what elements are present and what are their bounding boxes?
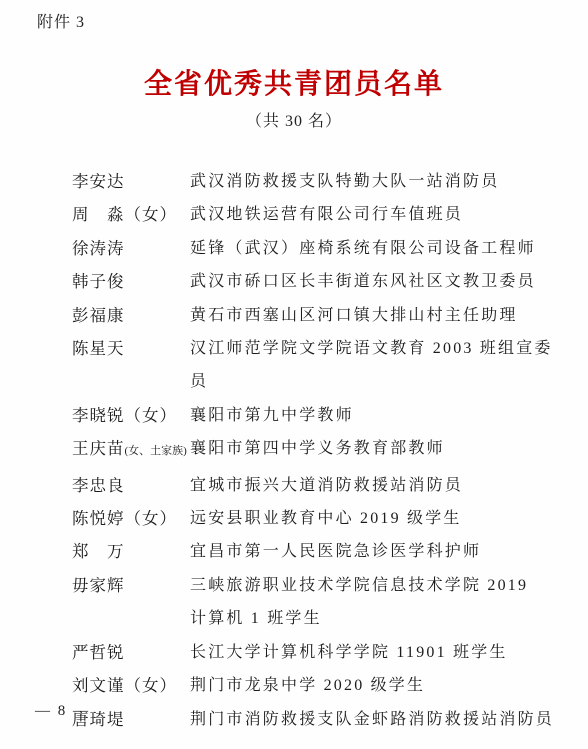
member-name-text: 韩子俊 (72, 265, 125, 298)
member-description: 襄阳市第四中学义务教育部教师 (190, 432, 445, 465)
list-item: 唐琦堤 荆门市消防救援支队金虾路消防救援站消防员 (72, 703, 562, 736)
member-description: 黄石市西塞山区河口镇大排山村主任助理 (190, 299, 518, 332)
member-description: 武汉地铁运营有限公司行车值班员 (190, 198, 463, 231)
member-description: 武汉消防救援支队特勤大队一站消防员 (190, 165, 499, 198)
member-list: 李安达 武汉消防救援支队特勤大队一站消防员 周 淼（女） 武汉地铁运营有限公司行… (72, 165, 562, 736)
member-name-text: 徐涛涛 (72, 232, 125, 265)
member-description: 宜昌市第一人民医院急诊医学科护师 (190, 535, 481, 568)
attachment-label: 附件 3 (37, 9, 85, 32)
member-name-text: 彭福康 (72, 299, 125, 332)
list-item: 彭福康 黄石市西塞山区河口镇大排山村主任助理 (72, 299, 562, 332)
member-name: 陈星天 (72, 332, 190, 365)
member-name-text: 严哲锐 (72, 636, 125, 669)
list-item: 韩子俊 武汉市硚口区长丰街道东风社区文教卫委员 (72, 265, 562, 298)
member-name: 严哲锐 (72, 636, 190, 669)
member-name: 韩子俊 (72, 265, 190, 298)
member-name: 徐涛涛 (72, 232, 190, 265)
member-name: 李晓锐（女） (72, 399, 190, 432)
member-name-text: 李晓锐（女） (72, 399, 177, 432)
member-name: 刘文谨（女） (72, 669, 190, 702)
page-subtitle: （共 30 名） (0, 108, 588, 131)
member-description: 汉江师范学院文学院语文教育 2003 班组宣委员 (190, 332, 562, 399)
member-name-text: 刘文谨（女） (72, 669, 177, 702)
list-item: 严哲锐 长江大学计算机科学学院 11901 班学生 (72, 636, 562, 669)
member-name: 李安达 (72, 165, 190, 198)
member-name-text: 王庆苗 (72, 432, 125, 465)
list-item: 郑 万 宜昌市第一人民医院急诊医学科护师 (72, 535, 562, 568)
member-name: 王庆苗 (女、土家族) (72, 432, 190, 468)
list-item: 陈悦婷（女） 远安县职业教育中心 2019 级学生 (72, 502, 562, 535)
member-description: 延锋（武汉）座椅系统有限公司设备工程师 (190, 232, 536, 265)
member-name: 陈悦婷（女） (72, 502, 190, 535)
list-item: 徐涛涛 延锋（武汉）座椅系统有限公司设备工程师 (72, 232, 562, 265)
member-name-text: 毋家辉 (72, 569, 125, 602)
member-description: 远安县职业教育中心 2019 级学生 (190, 502, 462, 535)
member-description: 武汉市硚口区长丰街道东风社区文教卫委员 (190, 265, 536, 298)
member-name: 彭福康 (72, 299, 190, 332)
document-page: 附件 3 全省优秀共青团员名单 （共 30 名） 李安达 武汉消防救援支队特勤大… (0, 0, 588, 749)
page-title: 全省优秀共青团员名单 (0, 62, 588, 102)
list-item: 毋家辉 三峡旅游职业技术学院信息技术学院 2019计算机 1 班学生 (72, 569, 562, 636)
member-description: 宜城市振兴大道消防救援站消防员 (190, 469, 463, 502)
member-description: 三峡旅游职业技术学院信息技术学院 2019计算机 1 班学生 (190, 569, 528, 636)
member-name-note: (女、土家族) (125, 435, 187, 468)
member-name: 郑 万 (72, 535, 190, 568)
member-name: 李忠良 (72, 469, 190, 502)
member-name-text: 陈星天 (72, 332, 125, 365)
member-description: 荆门市消防救援支队金虾路消防救援站消防员 (190, 703, 554, 736)
member-name-text: 李忠良 (72, 469, 125, 502)
list-item: 周 淼（女） 武汉地铁运营有限公司行车值班员 (72, 198, 562, 231)
member-name-text: 周 淼（女） (72, 198, 177, 231)
member-name: 周 淼（女） (72, 198, 190, 231)
member-name: 毋家辉 (72, 569, 190, 602)
list-item: 陈星天 汉江师范学院文学院语文教育 2003 班组宣委员 (72, 332, 562, 399)
list-item: 王庆苗 (女、土家族) 襄阳市第四中学义务教育部教师 (72, 432, 562, 468)
member-description: 襄阳市第九中学教师 (190, 399, 354, 432)
member-name-text: 郑 万 (72, 535, 125, 568)
member-name-text: 陈悦婷（女） (72, 502, 177, 535)
page-number: — 8 — (35, 703, 90, 720)
list-item: 刘文谨（女） 荆门市龙泉中学 2020 级学生 (72, 669, 562, 702)
member-name-text: 李安达 (72, 165, 125, 198)
list-item: 李安达 武汉消防救援支队特勤大队一站消防员 (72, 165, 562, 198)
member-description: 长江大学计算机科学学院 11901 班学生 (190, 636, 508, 669)
list-item: 李晓锐（女） 襄阳市第九中学教师 (72, 399, 562, 432)
member-description: 荆门市龙泉中学 2020 级学生 (190, 669, 425, 702)
list-item: 李忠良 宜城市振兴大道消防救援站消防员 (72, 469, 562, 502)
